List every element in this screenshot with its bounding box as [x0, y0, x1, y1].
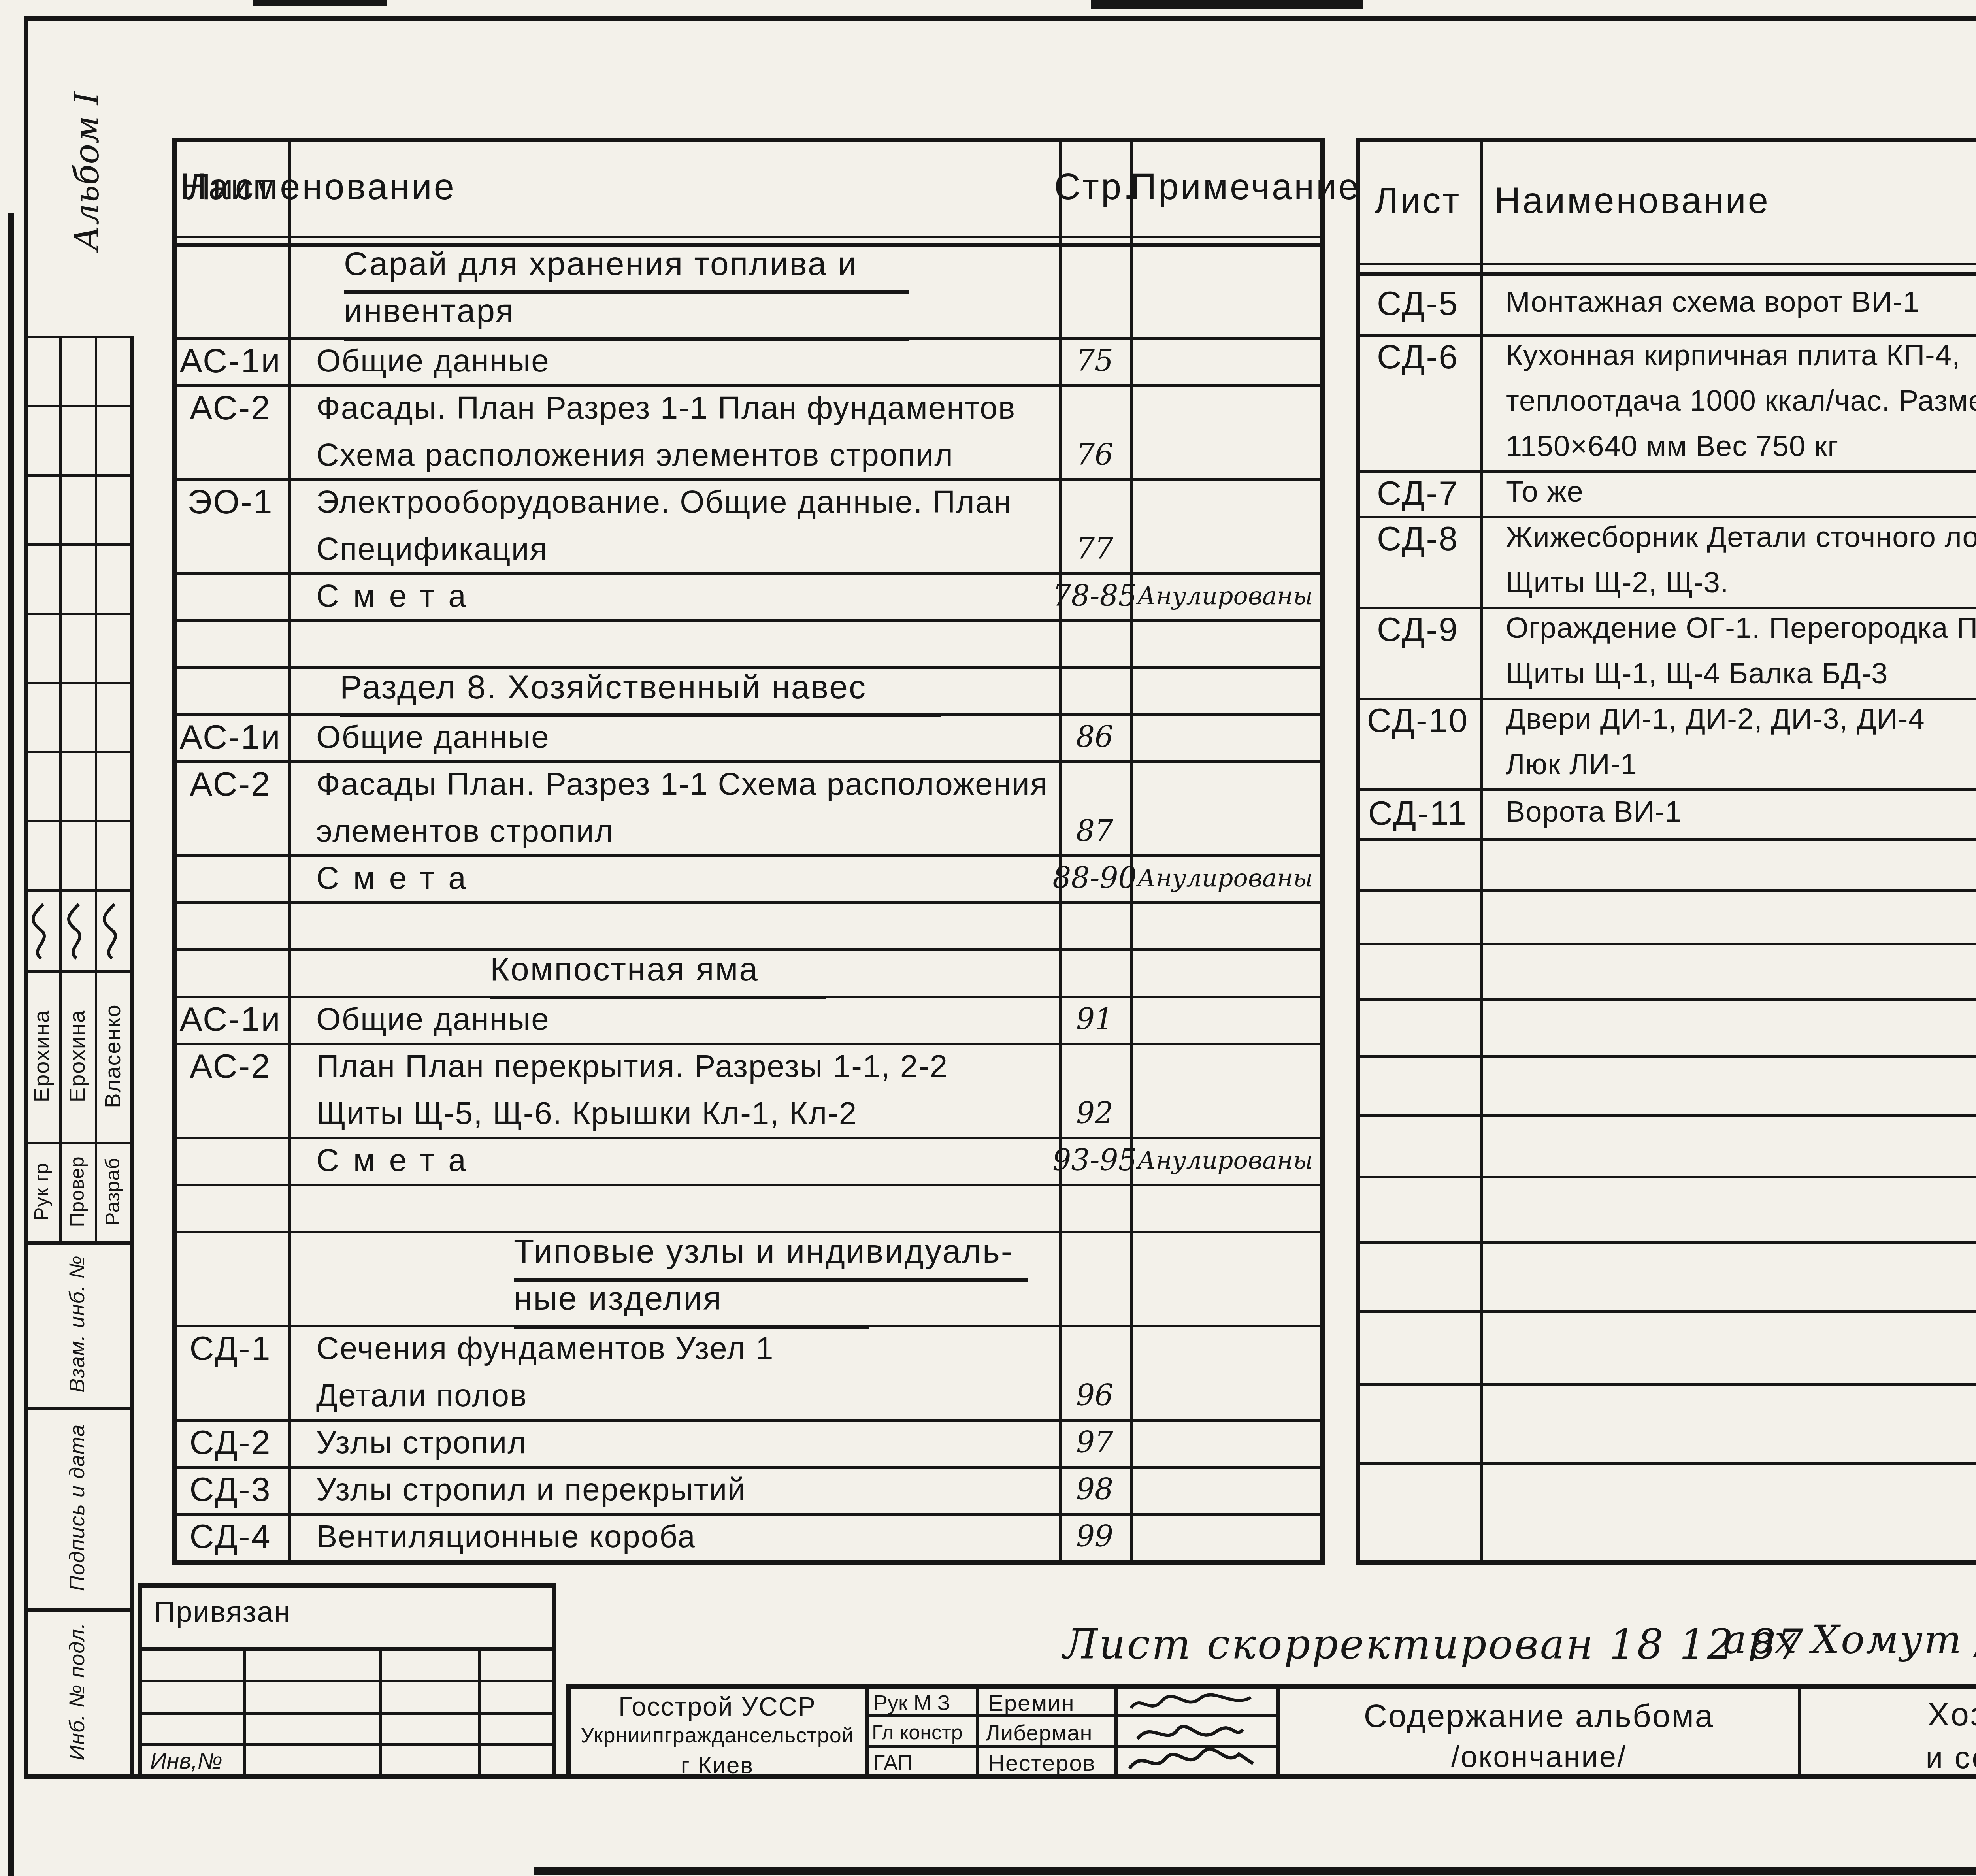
row-title-line: Спецификация	[316, 527, 1059, 571]
section-heading-text: Раздел 8. Хозяйственный навес	[340, 666, 941, 717]
signature-icon	[62, 897, 92, 964]
margin-band-label: Подпись и дата	[0, 1407, 178, 1608]
section-heading-text: Типовые узлы и индивидуаль-	[514, 1230, 1028, 1282]
row-title-line: То же	[1506, 471, 1976, 512]
rule-horizontal	[1356, 272, 1976, 276]
project-title-line-2: и сооружения тп 194-24-141	[1801, 1740, 1976, 1776]
row-title-line: Вентиляционные короба	[316, 1514, 1059, 1559]
row-title-line: Детали полов	[316, 1373, 1059, 1418]
rule-horizontal	[172, 138, 1320, 142]
row-title-line: Смета	[316, 1138, 1059, 1182]
stamp-name: Власенко	[38, 981, 188, 1131]
column-header-name: Наименование	[111, 165, 526, 209]
doc-title-line-1: Содержание альбома	[1280, 1698, 1798, 1735]
scan-edge-bottom-1	[534, 1867, 1976, 1875]
scanned-sheet: 4 Альбом I ЕрохинаРук грЕрохинаПроверВла…	[0, 0, 1976, 1876]
staff-role-3: ГАП	[873, 1751, 913, 1775]
row-code: СД-9	[1356, 608, 1480, 651]
row-page: 91	[1047, 999, 1142, 1040]
section-heading-text: Компостная яма	[490, 948, 826, 999]
stamp-role: Разраб	[65, 1144, 160, 1239]
row-title-line: Общие данные	[316, 715, 1059, 759]
scan-edge-top-2	[1091, 0, 1363, 9]
row-title-line: 1150×640 мм Вес 750 кг	[1506, 426, 1976, 467]
rule-horizontal	[1356, 998, 1976, 1001]
section-heading-text: ные изделия	[514, 1277, 869, 1329]
signature-icon	[1126, 1691, 1257, 1715]
staff-role-2: Гл констр	[872, 1721, 963, 1744]
rule-horizontal	[1356, 1310, 1976, 1313]
row-title-line: Кухонная кирпичная плита КП-4,	[1506, 335, 1976, 376]
rule-horizontal	[1356, 1114, 1976, 1117]
row-title-line: Ограждение ОГ-1. Перегородка П-1(П-2)	[1506, 607, 1976, 649]
stamp-name-text: Власенко	[38, 981, 188, 1131]
signature-icon	[98, 897, 128, 964]
row-code: СД-3	[172, 1468, 288, 1511]
section-heading-line: Раздел 8. Хозяйственный навес	[340, 666, 941, 717]
row-page: 87	[1047, 811, 1142, 852]
signature-icon	[26, 897, 57, 964]
row-title-line: Сечения фундаментов Узел 1	[316, 1326, 1059, 1371]
margin-band-label: Инб. № подл.	[0, 1608, 160, 1774]
rule-horizontal	[1356, 1462, 1976, 1465]
rule-horizontal	[28, 751, 130, 753]
rule-horizontal	[28, 889, 130, 892]
row-page: 88-90	[1047, 858, 1142, 899]
row-code: АС-1и	[172, 339, 288, 383]
section-heading-line: Типовые узлы и индивидуаль-	[514, 1230, 1028, 1282]
rule-horizontal	[28, 613, 130, 615]
row-title-line: элементов стропил	[316, 809, 1059, 853]
row-page: 93-95	[1047, 1140, 1142, 1181]
staff-name-1: Еремин	[988, 1690, 1075, 1716]
margin-band-label: Взам. инб. №	[0, 1241, 160, 1407]
row-page: 92	[1047, 1093, 1142, 1134]
row-page: 86	[1047, 716, 1142, 758]
row-title-line: Двери ДИ-1, ДИ-2, ДИ-3, ДИ-4	[1506, 698, 1976, 739]
margin-band-label-text: Инб. № подл.	[0, 1608, 160, 1774]
inventory-number-label: Инв,№	[150, 1748, 222, 1774]
stamp-role-text: Разраб	[65, 1144, 160, 1239]
row-code: СД-7	[1356, 471, 1480, 515]
row-title-line: Смета	[316, 856, 1059, 900]
row-title-line: Узлы стропил	[316, 1420, 1059, 1465]
rule-horizontal	[28, 820, 130, 822]
rule-horizontal	[1356, 838, 1976, 841]
row-page: 76	[1047, 434, 1142, 475]
rule-horizontal	[172, 236, 1320, 238]
org-line-1: Госстрой УССР	[573, 1691, 862, 1721]
rule-horizontal	[1356, 1241, 1976, 1244]
section-heading-line: Сарай для хранения топлива и	[344, 242, 909, 294]
row-code: АС-2	[172, 386, 288, 430]
rule-horizontal	[28, 474, 130, 477]
row-title-line: Электрооборудование. Общие данные. План	[316, 480, 1059, 524]
row-title-line: Монтажная схема ворот ВИ-1	[1506, 281, 1976, 322]
project-title-line-1: Хозяйственные постройки	[1801, 1696, 1976, 1733]
frame-top	[24, 16, 1976, 21]
row-title-line: Щиты Щ-2, Щ-3.	[1506, 562, 1976, 603]
row-code: СД-5	[1356, 282, 1480, 325]
org-line-3: г Киев	[573, 1752, 862, 1779]
row-code: СД-10	[1356, 699, 1480, 742]
correction-author: арх Хомут /Хомут/	[1723, 1616, 1976, 1663]
row-title-line: Щиты Щ-5, Щ-6. Крышки Кл-1, Кл-2	[316, 1091, 1059, 1135]
attach-label: Привязан	[154, 1595, 291, 1629]
row-page: 78-85	[1047, 575, 1142, 617]
rule-horizontal	[28, 682, 130, 684]
row-page: 77	[1047, 528, 1142, 569]
rule-horizontal	[172, 1560, 1320, 1565]
row-title-line: Щиты Щ-1, Щ-4 Балка БД-3	[1506, 653, 1976, 694]
staff-name-2: Либерман	[986, 1720, 1092, 1746]
row-title-line: Жижесборник Детали сточного лотка.	[1506, 517, 1976, 558]
rule-horizontal	[172, 619, 1320, 622]
signature-icon	[1125, 1747, 1259, 1774]
row-title-line: Общие данные	[316, 339, 1059, 383]
rule-vertical	[1480, 138, 1483, 1560]
album-label-text: Альбом I	[67, 77, 107, 251]
rule-horizontal	[1356, 138, 1976, 142]
correction-note: Лист скорректирован 18 12 87	[1063, 1620, 1805, 1669]
row-page: 99	[1047, 1516, 1142, 1557]
row-title-line: Смета	[316, 574, 1059, 618]
row-page: 97	[1047, 1422, 1142, 1463]
row-title-line: Общие данные	[316, 997, 1059, 1041]
row-note: Анулированы	[1130, 859, 1320, 897]
row-note: Анулированы	[1130, 577, 1320, 615]
rule-horizontal	[1356, 1383, 1976, 1386]
rule-vertical	[1320, 138, 1325, 1565]
row-title-line: Ворота ВИ-1	[1506, 791, 1976, 832]
staff-role-1: Рук М З	[873, 1691, 950, 1715]
rule-horizontal	[28, 970, 130, 973]
org-line-2: Укрниипграждансельстрой	[571, 1723, 864, 1748]
staff-name-3: Нестеров	[988, 1750, 1096, 1776]
rule-horizontal	[172, 901, 1320, 904]
row-code: АС-2	[172, 1045, 288, 1088]
row-code: СД-6	[1356, 335, 1480, 379]
row-code: АС-1и	[172, 715, 288, 759]
row-page: 98	[1047, 1469, 1142, 1510]
rule-horizontal	[1356, 889, 1976, 892]
row-code: ЭО-1	[172, 480, 288, 524]
section-heading-text: Сарай для хранения топлива и	[344, 242, 909, 294]
section-heading-line: ные изделия	[514, 1277, 869, 1329]
rule-vertical	[288, 138, 291, 1560]
rule-horizontal	[172, 1184, 1320, 1186]
rule-horizontal	[28, 336, 130, 338]
rule-horizontal	[28, 543, 130, 546]
rule-horizontal	[1356, 1055, 1976, 1058]
margin-band-label-text: Подпись и дата	[0, 1407, 178, 1608]
rule-horizontal	[1356, 263, 1976, 265]
scan-edge-top-1	[253, 0, 387, 6]
row-code: СД-2	[172, 1421, 288, 1464]
doc-title-line-2: /окончание/	[1280, 1740, 1798, 1774]
row-title-line: Узлы стропил и перекрытий	[316, 1467, 1059, 1512]
row-code: СД-4	[172, 1515, 288, 1558]
section-heading-text: инвентаря	[344, 289, 909, 341]
row-code: СД-1	[172, 1327, 288, 1370]
row-code: СД-8	[1356, 517, 1480, 560]
row-title-line: План План перекрытия. Разрезы 1-1, 2-2	[316, 1044, 1059, 1088]
signature-icon	[1130, 1720, 1249, 1745]
margin-band-label-text: Взам. инб. №	[0, 1241, 160, 1407]
row-code: СД-11	[1356, 792, 1480, 835]
column-header-name: Наименование	[1369, 179, 1895, 222]
rule-horizontal	[1356, 943, 1976, 945]
row-code: АС-1и	[172, 997, 288, 1041]
album-label: Альбом I	[38, 75, 136, 249]
row-title-line: Фасады План. Разрез 1-1 Схема расположен…	[316, 762, 1059, 806]
section-heading-line: Компостная яма	[490, 948, 826, 999]
row-page: 75	[1047, 340, 1142, 381]
row-title-line: Фасады. План Разрез 1-1 План фундаментов	[316, 386, 1059, 430]
row-title-line: теплоотдача 1000 ккал/час. Размеры в пла…	[1506, 380, 1976, 421]
column-header-note: Примечание	[1130, 165, 1320, 209]
rule-horizontal	[1356, 1560, 1976, 1565]
row-title-line: Схема расположения элементов стропил	[316, 433, 1059, 477]
section-heading-line: инвентаря	[344, 289, 909, 341]
row-code: АС-2	[172, 762, 288, 806]
row-title-line: Люк ЛИ-1	[1506, 744, 1976, 785]
row-page: 96	[1047, 1375, 1142, 1416]
rule-horizontal	[28, 405, 130, 407]
rule-horizontal	[1356, 1176, 1976, 1178]
row-note: Анулированы	[1130, 1141, 1320, 1179]
